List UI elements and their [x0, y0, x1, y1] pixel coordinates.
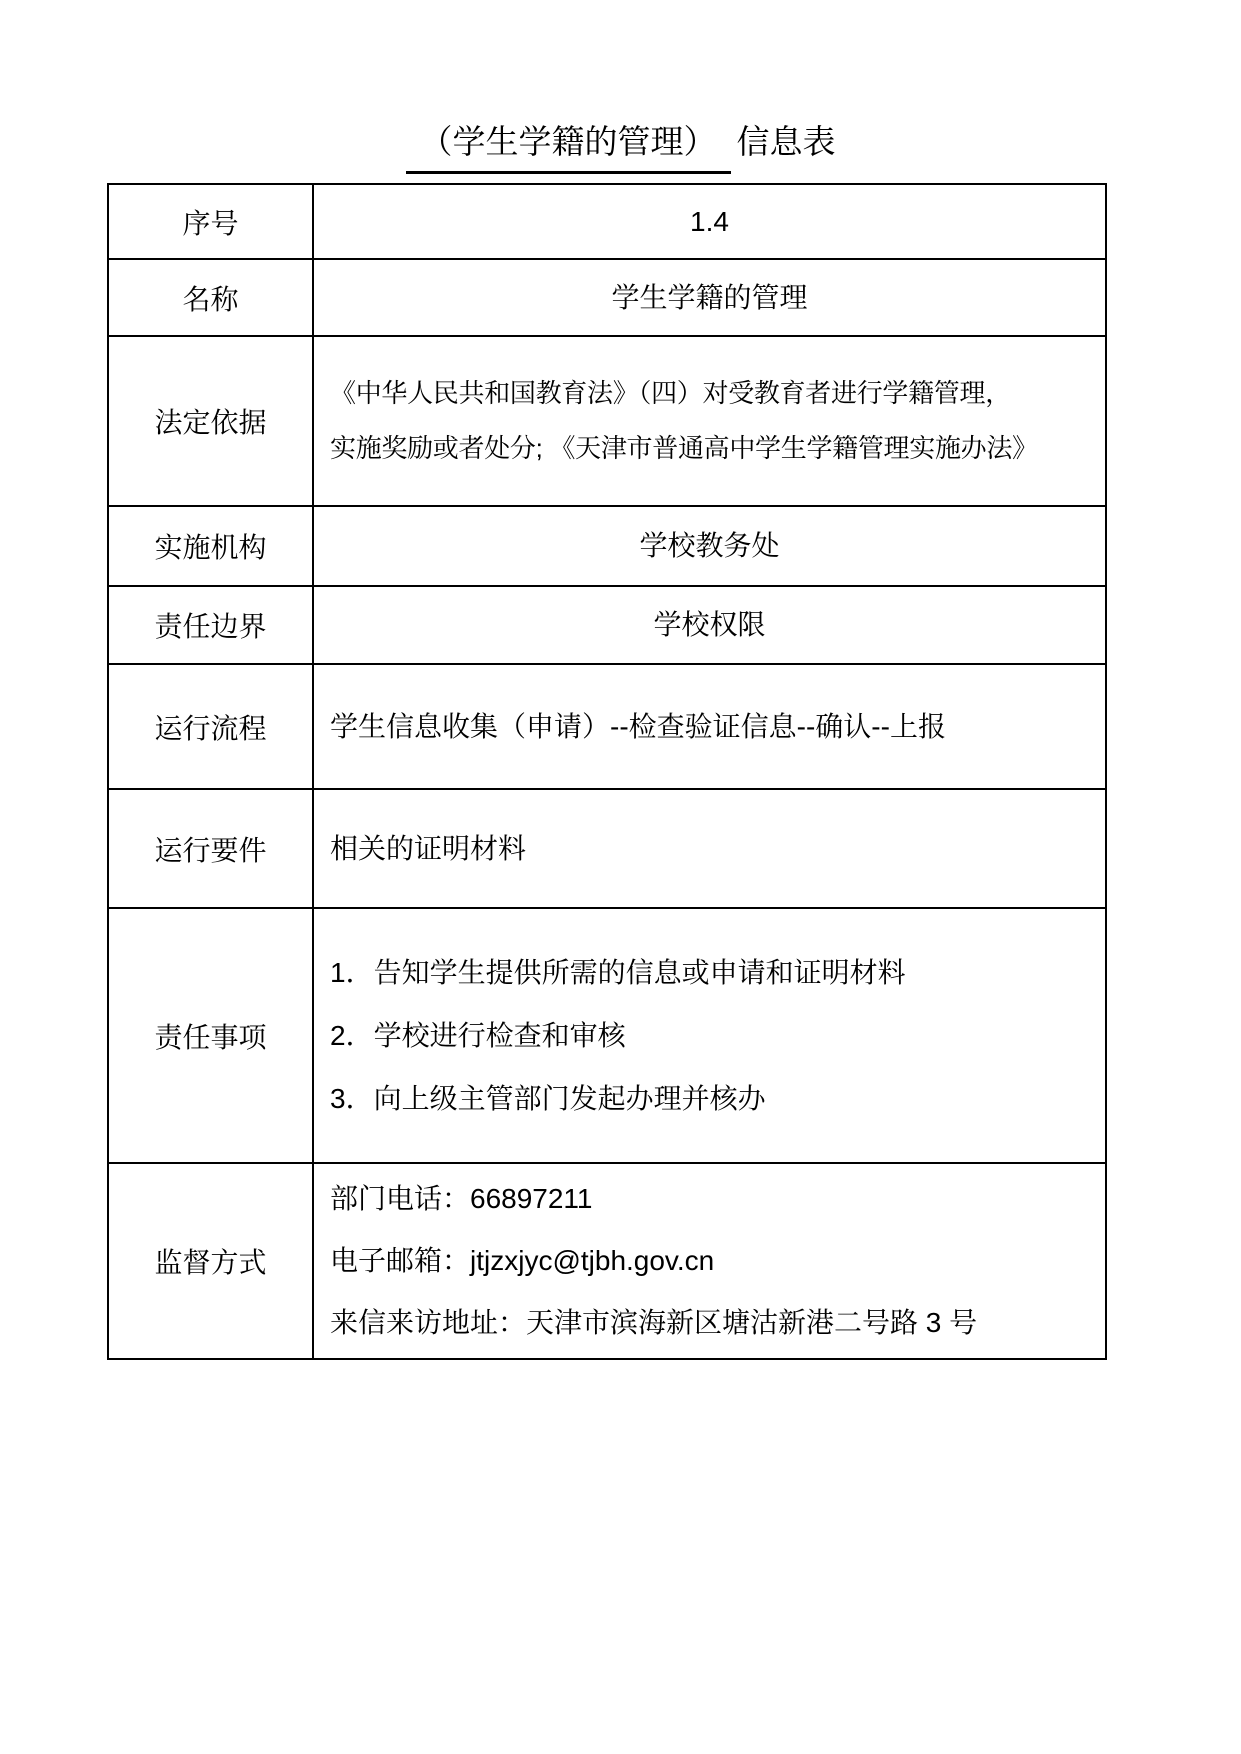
row-value-fading-yiju: 《中华人民共和国教育法》（四）对受教育者进行学籍管理，实施奖励或者处分; 《天津… — [314, 337, 1105, 505]
value-line: 学生信息收集（申请）--检查验证信息--确认--上报 — [330, 705, 946, 749]
value-line: 1．告知学生提供所需的信息或申请和证明材料 — [330, 941, 906, 1004]
page-title: （学生学籍的管理）信息表 — [0, 118, 1241, 174]
row-value-jiandu-fangshi: 部门电话：66897211电子邮箱：jtjzxjyc@tjbh.gov.cn来信… — [314, 1164, 1105, 1358]
document-page: （学生学籍的管理）信息表 序号1.4名称学生学籍的管理法定依据《中华人民共和国教… — [0, 0, 1241, 1754]
value-line: 2．学校进行检查和审核 — [330, 1004, 626, 1067]
table-row-yunxing-yaojian: 运行要件相关的证明材料 — [109, 788, 1105, 907]
row-label-zeren-bianjie: 责任边界 — [109, 587, 314, 663]
value-line: 学生学籍的管理 — [611, 276, 807, 320]
table-row-zeren-shixiang: 责任事项1．告知学生提供所需的信息或申请和证明材料2．学校进行检查和审核3．向上… — [109, 907, 1105, 1162]
row-value-yunxing-liucheng: 学生信息收集（申请）--检查验证信息--确认--上报 — [314, 665, 1105, 788]
row-value-zeren-bianjie: 学校权限 — [314, 587, 1105, 663]
row-value-shishi-jigou: 学校教务处 — [314, 507, 1105, 585]
row-label-fading-yiju: 法定依据 — [109, 337, 314, 505]
table-row-zeren-bianjie: 责任边界学校权限 — [109, 585, 1105, 663]
row-label-mingcheng: 名称 — [109, 260, 314, 335]
row-value-yunxing-yaojian: 相关的证明材料 — [314, 790, 1105, 907]
table-row-jiandu-fangshi: 监督方式部门电话：66897211电子邮箱：jtjzxjyc@tjbh.gov.… — [109, 1162, 1105, 1358]
row-label-xuhao: 序号 — [109, 185, 314, 258]
page-title-rest: 信息表 — [731, 118, 836, 166]
page-title-underlined-part: （学生学籍的管理） — [406, 118, 731, 174]
value-line: 电子邮箱：jtjzxjyc@tjbh.gov.cn — [330, 1230, 714, 1292]
row-label-zeren-shixiang: 责任事项 — [109, 909, 314, 1162]
value-line: 部门电话：66897211 — [330, 1168, 593, 1230]
table-row-yunxing-liucheng: 运行流程学生信息收集（申请）--检查验证信息--确认--上报 — [109, 663, 1105, 788]
row-label-yunxing-yaojian: 运行要件 — [109, 790, 314, 907]
table-row-fading-yiju: 法定依据《中华人民共和国教育法》（四）对受教育者进行学籍管理，实施奖励或者处分;… — [109, 335, 1105, 505]
row-value-mingcheng: 学生学籍的管理 — [314, 260, 1105, 335]
value-line: 相关的证明材料 — [330, 827, 526, 871]
row-label-jiandu-fangshi: 监督方式 — [109, 1164, 314, 1358]
value-line: 《中华人民共和国教育法》（四）对受教育者进行学籍管理， — [330, 366, 1011, 421]
row-label-shishi-jigou: 实施机构 — [109, 507, 314, 585]
value-line: 学校权限 — [653, 603, 765, 647]
table-row-xuhao: 序号1.4 — [109, 185, 1105, 258]
table-row-mingcheng: 名称学生学籍的管理 — [109, 258, 1105, 335]
value-line: 学校教务处 — [639, 524, 779, 568]
value-line: 1.4 — [690, 200, 729, 244]
table-row-shishi-jigou: 实施机构学校教务处 — [109, 505, 1105, 585]
value-line: 实施奖励或者处分; 《天津市普通高中学生学籍管理实施办法》 — [330, 421, 1038, 476]
info-table: 序号1.4名称学生学籍的管理法定依据《中华人民共和国教育法》（四）对受教育者进行… — [107, 183, 1107, 1360]
value-line: 3．向上级主管部门发起办理并核办 — [330, 1067, 766, 1130]
row-label-yunxing-liucheng: 运行流程 — [109, 665, 314, 788]
row-value-xuhao: 1.4 — [314, 185, 1105, 258]
value-line: 来信来访地址：天津市滨海新区塘沽新港二号路 3 号 — [330, 1292, 977, 1354]
row-value-zeren-shixiang: 1．告知学生提供所需的信息或申请和证明材料2．学校进行检查和审核3．向上级主管部… — [314, 909, 1105, 1162]
